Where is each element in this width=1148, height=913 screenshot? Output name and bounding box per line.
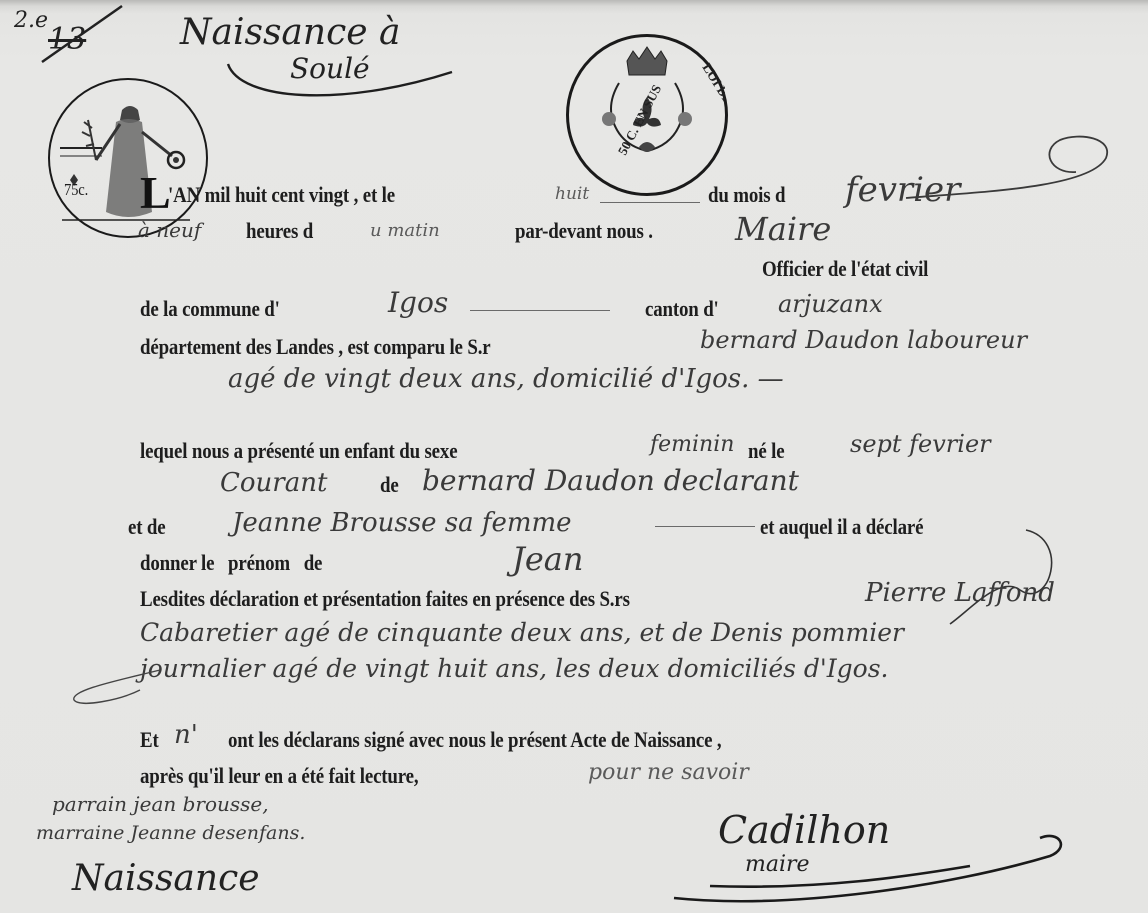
printed-and-of: et de [128, 514, 165, 540]
hand-unable-to-sign: pour ne savoir [588, 760, 749, 785]
line-flourish [60, 660, 170, 710]
hand-witness-1: Pierre Laffond [865, 578, 1055, 608]
blank-line [470, 310, 610, 311]
printed-before-us: par-devant nous . [515, 218, 653, 244]
stamp-value: 75c. [64, 180, 88, 200]
hand-hour: à neuf [138, 218, 201, 242]
signature-flourish [670, 820, 1070, 910]
strike-through-mark [36, 2, 126, 66]
hand-given-name: Jean [512, 540, 583, 578]
printed-commune-label: de la commune d' [140, 296, 280, 322]
printed-declared: et auquel il a déclaré [760, 514, 923, 540]
printed-civil-officer: Officier de l'état civil [762, 256, 928, 282]
hand-day: huit [555, 184, 589, 204]
title-flourish [220, 50, 460, 110]
hand-witness-1-details: Cabaretier agé de cinquante deux ans, et… [140, 618, 904, 647]
printed-year-text: 'AN mil huit cent vingt , et le [168, 182, 395, 208]
hand-official-title: Maire [735, 210, 831, 248]
hand-mother: Jeanne Brousse sa femme [232, 508, 572, 538]
printed-department-line: département des Landes , est comparu le … [140, 334, 490, 360]
crown-fleur-de-lis-icon: 50 C. EN SUS LOI DE 1816. [569, 37, 725, 193]
drop-cap: L [140, 166, 171, 219]
hand-declarant: bernard Daudon laboureur [700, 326, 1027, 354]
hand-witness-2-details: journalier agé de vingt huit ans, les de… [140, 654, 889, 683]
margin-flourish [930, 520, 1070, 630]
printed-hours-label: heures d [246, 218, 313, 244]
allegorical-figure-icon [50, 80, 206, 236]
hand-declarant-details: agé de vingt deux ans, domicilié d'Igos.… [228, 364, 784, 394]
hand-birth-date: sept fevrier [850, 430, 991, 458]
printed-month-label: du mois d [708, 182, 785, 208]
printed-and: Et [140, 727, 159, 753]
hand-father: bernard Daudon declarant [422, 464, 799, 497]
godfather-note: parrain jean brousse, [52, 792, 269, 816]
printed-of: de [380, 472, 399, 498]
hand-current: Courant [220, 468, 327, 498]
hand-sex: feminin [650, 432, 734, 457]
hand-negation: n' [174, 720, 198, 750]
blank-line [600, 202, 700, 203]
printed-after-reading: après qu'il leur en a été fait lecture, [140, 763, 418, 789]
stamp-text-right: LOI DE 1816. [700, 61, 725, 135]
document-page: 2.e 13 Naissance à Soulé 75c. [0, 0, 1148, 913]
month-flourish [900, 118, 1120, 208]
hand-time-of-day: u matin [370, 220, 440, 241]
next-entry-title: Naissance [72, 858, 260, 899]
printed-born-on: né le [748, 438, 784, 464]
margin-title-line1: Naissance à [180, 12, 400, 53]
printed-canton-label: canton d' [645, 296, 719, 322]
royal-stamp-1816: 50 C. EN SUS LOI DE 1816. [566, 34, 728, 196]
printed-witnesses-label: Lesdites déclaration et présentation fai… [140, 586, 630, 612]
printed-signing-statement: ont les déclarans signé avec nous le pré… [228, 727, 721, 753]
printed-given-name-label: donner le prénom de [140, 550, 322, 576]
godmother-note: marraine Jeanne desenfans. [36, 822, 305, 844]
tax-stamp-75c: 75c. [48, 78, 208, 238]
blank-line [655, 526, 755, 527]
printed-child-presented: lequel nous a présenté un enfant du sexe [140, 438, 457, 464]
hand-canton: arjuzanx [778, 290, 883, 318]
hand-commune: Igos [388, 286, 448, 319]
